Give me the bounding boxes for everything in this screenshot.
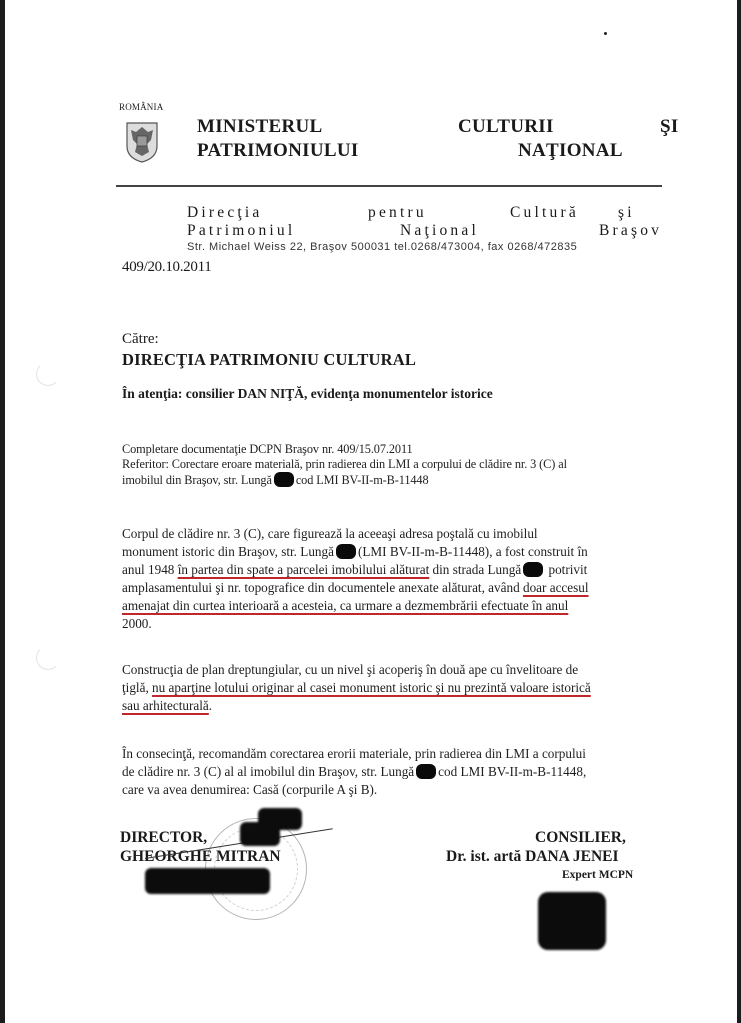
directorate-word: Cultură: [510, 204, 579, 222]
red-underlined-text: sau arhitecturală: [122, 698, 209, 713]
scan-speck: [604, 32, 607, 35]
paragraph-building-description: Corpul de clădire nr. 3 (C), care figure…: [122, 525, 670, 633]
subject-text: imobilul din Braşov, str. Lungă: [122, 473, 272, 487]
text: monument istoric din Braşov, str. Lungă: [122, 544, 334, 559]
consilier-name: Dr. ist. artă DANA JENEI: [446, 848, 619, 866]
paragraph-line: Corpul de clădire nr. 3 (C), care figure…: [122, 525, 670, 543]
text: .: [209, 698, 212, 713]
punch-hole-mark: [36, 362, 60, 386]
paragraph-line: amplasamentului şi nr. topografice din d…: [122, 579, 670, 597]
directorate-word: Braşov: [599, 222, 662, 240]
text: amplasamentului şi nr. topografice din d…: [122, 580, 523, 595]
red-underlined-text: amenajat din curtea interioară a acestei…: [122, 598, 568, 613]
paragraph-line: 2000.: [122, 615, 670, 633]
redaction-mark: [416, 764, 436, 779]
redaction-blot: [240, 822, 280, 846]
paragraph-construction-assessment: Construcţia de plan dreptungiular, cu un…: [122, 661, 670, 715]
text: anul 1948: [122, 562, 178, 577]
country-label: ROMÂNIA: [119, 102, 163, 112]
punch-hole-mark: [36, 646, 60, 670]
paragraph-line: anul 1948 în partea din spate a parcelei…: [122, 561, 670, 579]
ministry-name-word: PATRIMONIULUI: [197, 140, 359, 162]
recipient-department: DIRECŢIA PATRIMONIU CULTURAL: [122, 350, 416, 370]
paragraph-line: În consecinţă, recomandăm corectarea ero…: [122, 745, 670, 763]
paragraph-recommendation: În consecinţă, recomandăm corectarea ero…: [122, 745, 670, 799]
redaction-blot: [538, 892, 606, 950]
ministry-name-word: MINISTERUL: [197, 116, 322, 138]
directorate-word: Direcţia: [187, 204, 263, 222]
text: potrivit: [545, 562, 587, 577]
registration-number: 409/20.10.2011: [122, 259, 211, 276]
paragraph-line: ţiglă, nu aparţine lotului originar al c…: [122, 679, 670, 697]
redaction-blot: [145, 868, 270, 894]
red-underlined-text: în partea din spate a parcelei imobilulu…: [178, 562, 430, 577]
attention-line: În atenţia: consilier DAN NIŢĂ, evidenţa…: [122, 386, 493, 402]
to-label: Către:: [122, 331, 159, 348]
text: ţiglă,: [122, 680, 152, 695]
red-underlined-text: doar accesul: [523, 580, 589, 595]
paragraph-line: care va avea denumirea: Casă (corpurile …: [122, 781, 670, 799]
text: din strada Lungă: [429, 562, 521, 577]
red-underlined-text: nu aparţine lotului originar al casei mo…: [152, 680, 591, 695]
text: (LMI BV-II-m-B-11448), a fost construit …: [358, 544, 588, 559]
redaction-mark: [274, 472, 294, 487]
consilier-role: Expert MCPN: [562, 869, 633, 881]
director-title: DIRECTOR,: [120, 829, 207, 847]
paragraph-line: Construcţia de plan dreptungiular, cu un…: [122, 661, 670, 679]
redaction-mark: [523, 562, 543, 577]
ministry-name-word: CULTURII: [458, 116, 554, 138]
subject-line: imobilul din Braşov, str. Lungăcod LMI B…: [122, 472, 429, 488]
subject-text: cod LMI BV-II-m-B-11448: [296, 473, 429, 487]
ministry-name-word: NAŢIONAL: [518, 140, 623, 162]
completion-reference: Completare documentaţie DCPN Braşov nr. …: [122, 442, 413, 457]
scan-edge-left: [0, 0, 5, 1023]
directorate-address: Str. Michael Weiss 22, Braşov 500031 tel…: [187, 241, 577, 253]
directorate-word: Naţional: [400, 222, 479, 240]
romania-coat-of-arms-icon: [124, 120, 160, 164]
directorate-word: Patrimoniul: [187, 222, 295, 240]
paragraph-line: monument istoric din Braşov, str. Lungă(…: [122, 543, 670, 561]
paragraph-line: amenajat din curtea interioară a acestei…: [122, 597, 670, 615]
ministry-name-word: ŞI: [660, 116, 679, 138]
letterhead-divider: [116, 185, 662, 187]
scan-edge-right: [737, 0, 741, 1023]
subject-line: Referitor: Corectare eroare materială, p…: [122, 457, 567, 472]
text: de clădire nr. 3 (C) al al imobilul din …: [122, 764, 414, 779]
directorate-word: şi: [618, 204, 635, 222]
paragraph-line: de clădire nr. 3 (C) al al imobilul din …: [122, 763, 670, 781]
paragraph-line: sau arhitecturală.: [122, 697, 670, 715]
redaction-mark: [336, 544, 356, 559]
text: cod LMI BV-II-m-B-11448,: [438, 764, 586, 779]
directorate-word: pentru: [368, 204, 427, 222]
consilier-title: CONSILIER,: [535, 829, 626, 847]
